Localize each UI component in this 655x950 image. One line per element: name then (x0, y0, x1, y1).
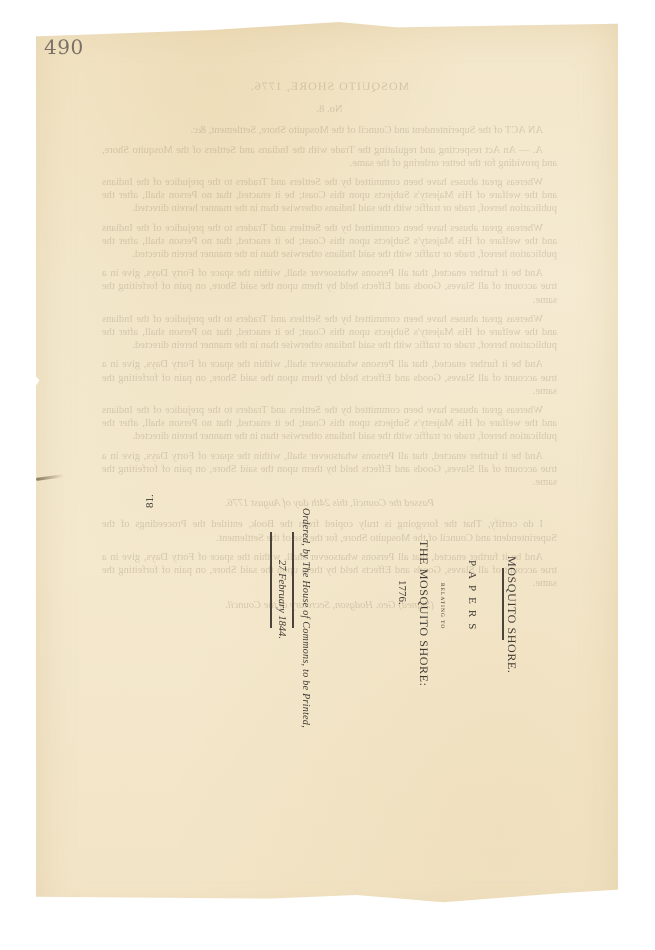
relating-to-label: RELATING TO (439, 583, 445, 629)
reverse-paragraph: I do certify, That the foregoing is trul… (102, 518, 557, 544)
reverse-paragraph: And be it further enacted, that all Pers… (102, 358, 557, 398)
reverse-paragraph: Whereas great abuses have been committed… (102, 222, 557, 262)
reverse-act-title: AN ACT of the Superintendent and Council… (102, 124, 557, 137)
sheet-number: 81. (144, 494, 156, 508)
reverse-heading: MOSQUITO SHORE, 1776. (102, 80, 557, 93)
document-subject: THE MOSQUITO SHORE: (416, 540, 431, 687)
order-rule-bottom (270, 532, 272, 628)
reverse-paragraph: Whereas great abuses have been committed… (102, 176, 557, 216)
page-number: 490 (44, 35, 84, 59)
document-year: 1776. (396, 580, 408, 605)
document-heading: MOSQUITO SHORE. (504, 556, 519, 673)
reverse-passed-line: Passed the Council, this 24th day of Aug… (102, 497, 557, 510)
heading-rule (502, 568, 504, 640)
reverse-paragraph: Whereas great abuses have been committed… (102, 313, 557, 353)
reverse-signature: (Signed) Geo. Hodgson, Secretary of the … (102, 599, 557, 612)
reverse-paragraph: A. — An Act respecting and regulating th… (102, 144, 557, 170)
papers-label: PAPERS (466, 560, 478, 635)
reverse-paragraph: And be it further enacted, that all Pers… (102, 551, 557, 591)
reverse-side-show-through-text: MOSQUITO SHORE, 1776. No. 8. AN ACT of t… (102, 80, 557, 620)
reverse-paragraph: And be it further enacted, that all Pers… (102, 267, 557, 307)
order-rule-top (292, 532, 294, 628)
reverse-paragraph: And be it further enacted, that all Pers… (102, 450, 557, 490)
reverse-subheading: No. 8. (102, 103, 557, 116)
reverse-paragraph: Whereas great abuses have been committed… (102, 404, 557, 444)
printing-order: Ordered, by The House of Commons, to be … (300, 508, 311, 728)
order-date: 27 February 1844. (276, 560, 287, 639)
